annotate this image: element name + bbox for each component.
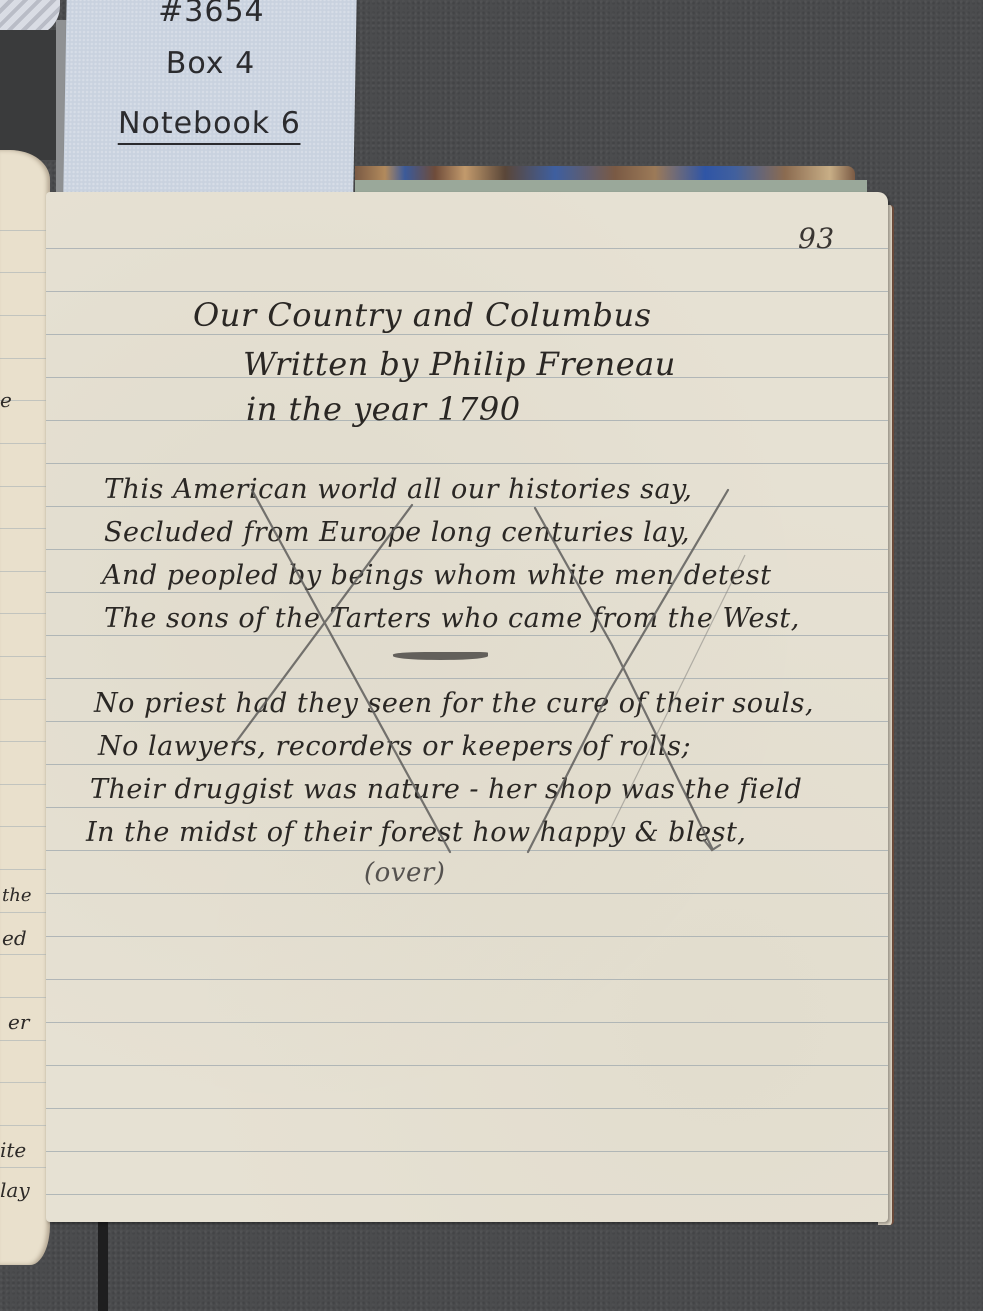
page-number: 93 <box>798 222 835 255</box>
facing-fragment: er <box>8 1010 29 1034</box>
label-notebook: Notebook 6 <box>64 106 355 141</box>
verse-line: In the midst of their forest how happy &… <box>86 817 746 848</box>
continuation-note: (over) <box>364 858 445 888</box>
poem-year: in the year 1790 <box>246 390 521 428</box>
ink-dash-separator <box>393 652 488 660</box>
facing-fragment: the <box>2 885 31 906</box>
verse-line: This American world all our histories sa… <box>104 474 692 505</box>
facing-fragment: lay <box>0 1178 30 1202</box>
shadow-strip <box>0 30 58 160</box>
verse-line: And peopled by beings whom white men det… <box>102 560 772 591</box>
facing-fragment: e <box>0 388 12 412</box>
facing-fragment: ed <box>2 926 27 950</box>
verse-line: Secluded from Europe long centuries lay, <box>104 517 690 548</box>
facing-left-page: e the ed er ite lay <box>0 150 50 1265</box>
verse-line: No lawyers, recorders or keepers of roll… <box>98 731 691 762</box>
cover-board-edge <box>355 180 867 192</box>
archive-label-card: #3654 Box 4 Notebook 6 <box>63 0 356 192</box>
poem-title: Our Country and Columbus <box>193 296 651 334</box>
verse-line: Their druggist was nature - her shop was… <box>90 774 802 805</box>
verse-line: No priest had they seen for the cure of … <box>94 688 814 719</box>
verse-line: The sons of the Tarters who came from th… <box>104 603 800 634</box>
poem-author: Written by Philip Freneau <box>243 345 676 383</box>
facing-fragment: ite <box>0 1138 26 1162</box>
label-item-number: #3654 <box>66 0 357 29</box>
label-box: Box 4 <box>65 46 356 81</box>
